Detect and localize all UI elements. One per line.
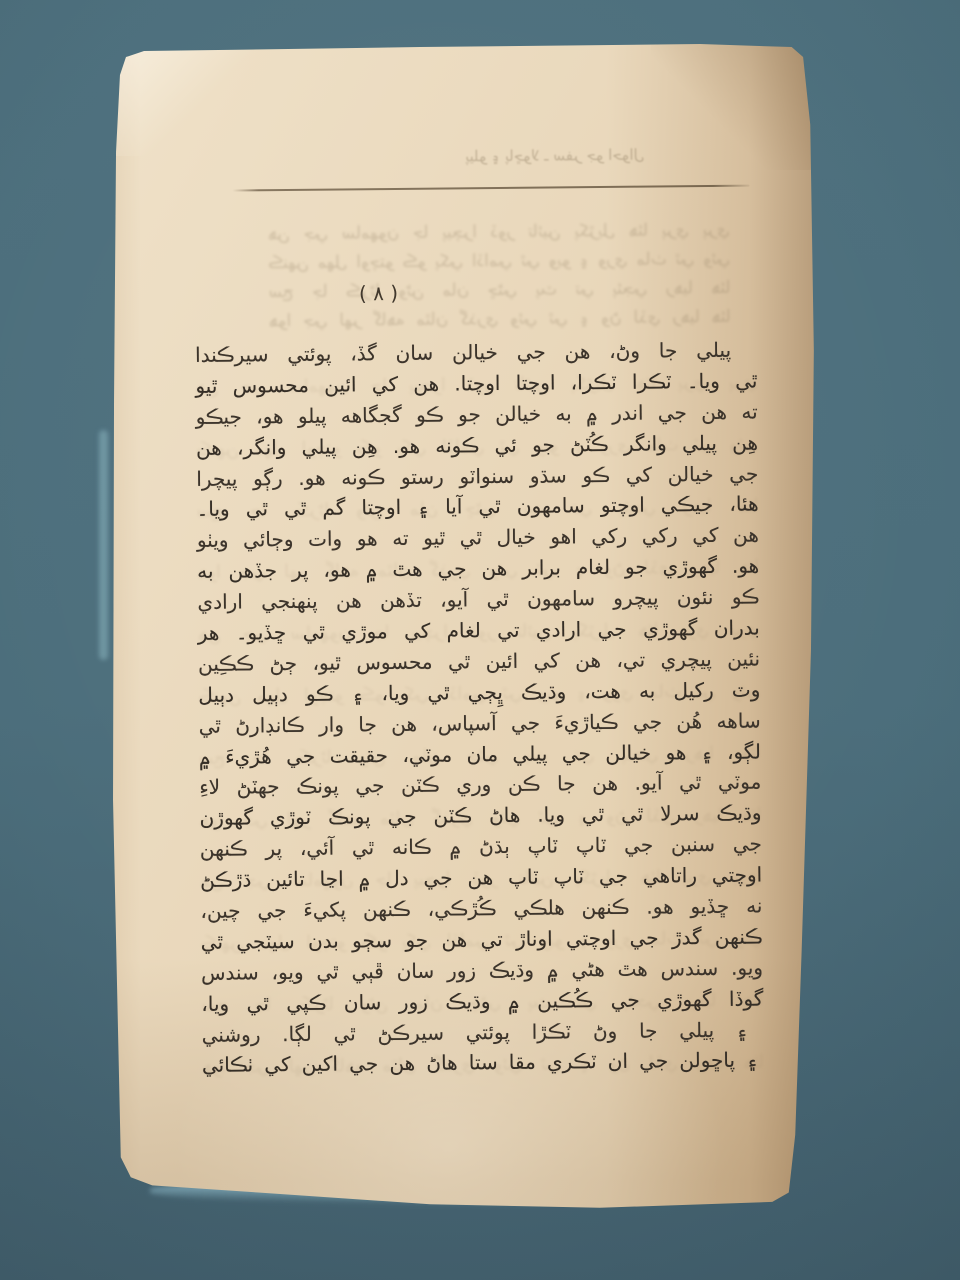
left-page-edge-highlight <box>99 430 108 660</box>
page-content: پيلو ۽ پاڇولا ـ سفر جو احوال هن جي سامهو… <box>104 37 831 1220</box>
text-line: ويو. سندس هٿ هڻي ۾ وڌيڪ زور سان ڦٻي ٿي و… <box>201 952 763 988</box>
show-through-header-text: پيلو ۽ پاڇولا ـ سفر جو احوال <box>465 144 735 167</box>
text-line: ساهه هُن جي ڪياڙيءَ جي آسپاس، هن جا وار … <box>199 705 761 741</box>
text-line: ڪنهن گدڙ جي اوچتي اوناڙ تي هن جو سڄو بدن… <box>201 921 763 957</box>
show-through-line: هن جي سامهون جا پيچرا ڏور تائين پکڙيل هئ… <box>268 216 730 249</box>
page-number: ( ٨ ) <box>198 279 558 306</box>
body-text-block: پيلي جا وڻ، هن جي خيالن سان گڏ، پوئتي سي… <box>195 335 764 1082</box>
text-line: ٿي ويا۔ ٽڪرا ٽڪرا، اوچتا اوچتا. هن کي ائ… <box>195 365 757 401</box>
header-rule <box>233 185 750 192</box>
show-through-line: ڪنهن مهل اوچتو ڪو پکي اڏامي ٿي ويو ۽ وري… <box>268 245 730 278</box>
text-line: ۽ پاڇولن جي ان ٽڪري مقا ستا هاڻ هن جي اک… <box>202 1045 764 1081</box>
text-line: گوڏا گهوڙي جي ڪُڪين ۾ وڌيڪ زور سان ڪپي ٿ… <box>201 983 763 1019</box>
book-page: پيلو ۽ پاڇولا ـ سفر جو احوال هن جي سامهو… <box>105 40 821 1216</box>
show-through-upper-block: هن جي سامهون جا پيچرا ڏور تائين پکڙيل هئ… <box>268 216 731 336</box>
show-through-line: هوا جي لهر گاهه مٿان گذري وئي ٿي ۽ وڻ لڏ… <box>269 303 731 336</box>
text-line: هِن پيلي وانگر ڪُٽڻ جو ئي ڪونه هو. هِن پ… <box>196 427 758 463</box>
text-line: وٽ رکيل به هت، وڌيڪ ڀِڄي ٿي ويا، ۽ ڪو دٻ… <box>198 674 760 710</box>
text-line: ته هن جي اندر ۾ به خيالن جو ڪو گجگاهه پي… <box>196 396 758 432</box>
photo-background: پيلو ۽ پاڇولا ـ سفر جو احوال هن جي سامهو… <box>0 0 960 1280</box>
text-line: نئين پيچري تي، هن کي ائين ٿي محسوس ٿيو، … <box>198 643 760 679</box>
